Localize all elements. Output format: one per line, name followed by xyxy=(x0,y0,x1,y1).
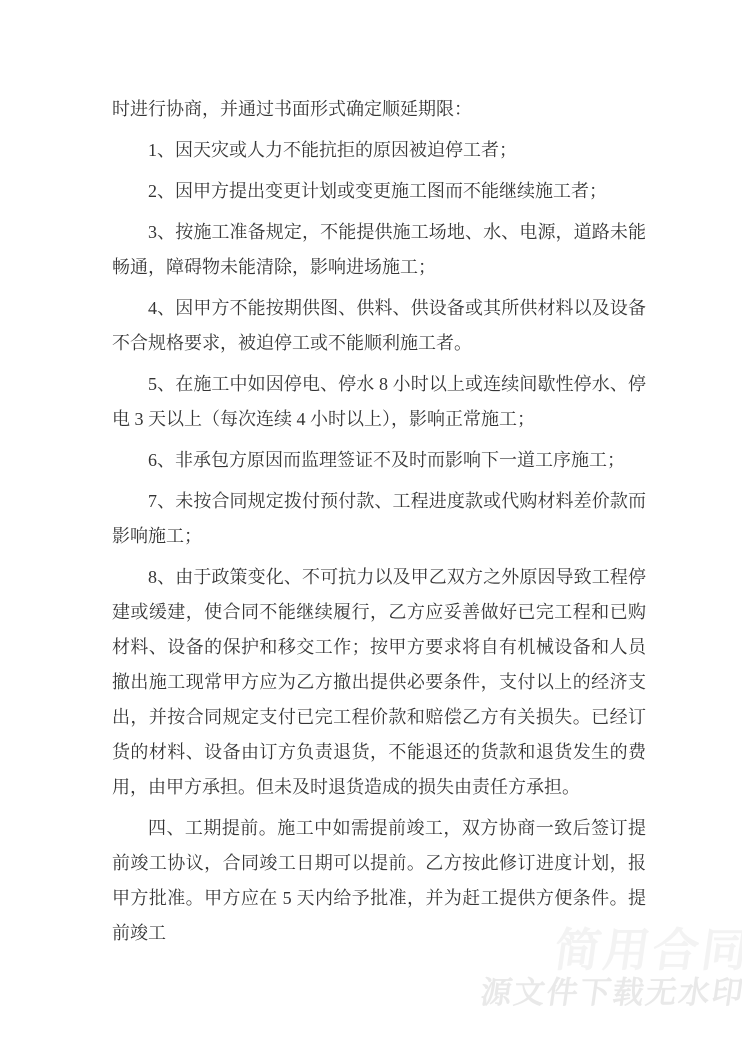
document-page: 时进行协商，并通过书面形式确定顺延期限： 1、因天灾或人力不能抗拒的原因被迫停工… xyxy=(0,0,742,1049)
contract-clause-4: 4、因甲方不能按期供图、供料、供设备或其所供材料以及设备不合规格要求，被迫停工或… xyxy=(112,291,646,361)
contract-clause-3: 3、按施工准备规定，不能提供施工场地、水、电源，道路未能畅通，障碍物未能清除，影… xyxy=(112,215,646,285)
watermark-tagline: 源文件下载无水印 xyxy=(478,973,742,1013)
contract-section-4-paragraph: 四、工期提前。施工中如需提前竣工，双方协商一致后签订提前竣工协议，合同竣工日期可… xyxy=(112,811,646,951)
contract-clause-1: 1、因天灾或人力不能抗拒的原因被迫停工者； xyxy=(112,133,646,168)
contract-clause-8: 8、由于政策变化、不可抗力以及甲乙双方之外原因导致工程停建或缓建，使合同不能继续… xyxy=(112,560,646,805)
contract-clause-7: 7、未按合同规定拨付预付款、工程进度款或代购材料差价款而影响施工； xyxy=(112,484,646,554)
contract-clause-6: 6、非承包方原因而监理签证不及时而影响下一道工序施工； xyxy=(112,443,646,478)
contract-clause-2: 2、因甲方提出变更计划或变更施工图而不能继续施工者； xyxy=(112,174,646,209)
contract-paragraph: 时进行协商，并通过书面形式确定顺延期限： xyxy=(112,92,646,127)
contract-clause-5: 5、在施工中如因停电、停水 8 小时以上或连续间歇性停水、停电 3 天以上（每次… xyxy=(112,367,646,437)
contract-text-block: 时进行协商，并通过书面形式确定顺延期限： 1、因天灾或人力不能抗拒的原因被迫停工… xyxy=(112,92,646,957)
